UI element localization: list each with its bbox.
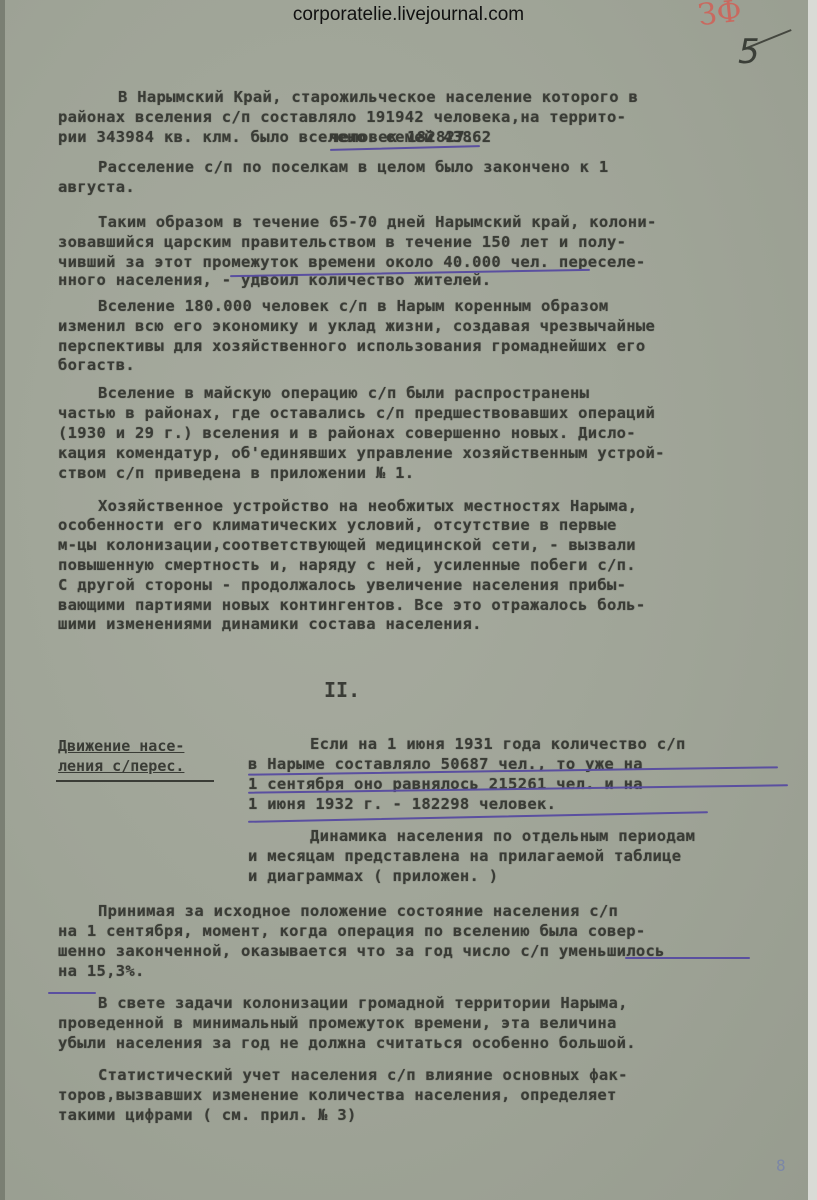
text-line: человек 182827. [330, 128, 474, 146]
text-line: на 15,3%. [58, 962, 145, 980]
text-line: В Нарымский Край, старожильческое населе… [118, 88, 638, 106]
text-line: Динамика населения по отдельным периодам [310, 827, 695, 845]
text-line: торов,вызвавших изменение количества нас… [58, 1086, 617, 1104]
corner-pencil-mark: 8 [776, 1156, 786, 1175]
text-line: районах вселения с/п составляло 191942 ч… [58, 108, 626, 126]
ink-margin-mark [48, 992, 96, 994]
text-line: и месяцам представлена на прилагаемой та… [248, 847, 681, 865]
text-line: шими изменениями динамики состава населе… [58, 615, 482, 633]
text-line: 1 июня 1932 г. - 182298 человек. [248, 795, 556, 813]
ink-underline [625, 957, 750, 959]
text-line: проведенной в минимальный промежуток вре… [58, 1014, 617, 1032]
text-line: кация комендатур, об'единявших управлени… [58, 444, 665, 462]
text-line: зовавшийся царским правительством в тече… [58, 233, 626, 251]
text-line: Расселение с/п по поселкам в целом было … [98, 158, 608, 176]
page-right-edge [808, 0, 817, 1200]
text-line: частью в районах, где оставались с/п пре… [58, 404, 655, 422]
text-line: Принимая за исходное положение состояние… [98, 902, 618, 920]
text-line: богаств. [58, 356, 135, 374]
text-line: Хозяйственное устройство на необжитых ме… [98, 497, 637, 515]
text-line: августа. [58, 178, 135, 196]
text-line: Вселение в майскую операцию с/п были рас… [98, 384, 589, 402]
text-line: и диаграммах ( приложен. ) [248, 867, 498, 885]
text-line: Таким образом в течение 65-70 дней Нарым… [98, 213, 657, 231]
archive-stamp: ЗФ [696, 0, 743, 33]
section-number: II. [324, 678, 360, 702]
text-line: Статистический учет населения с/п влияни… [98, 1066, 628, 1084]
page-left-edge [0, 0, 5, 1200]
margin-heading-rule [56, 780, 214, 782]
text-line: такими цифрами ( см. прил. № 3) [58, 1106, 357, 1124]
text-line: м-цы колонизации,соответствующей медицин… [58, 536, 636, 554]
text-line: Вселение 180.000 человек с/п в Нарым кор… [98, 297, 608, 315]
text-line: (1930 и 29 г.) вселения и в районах сове… [58, 424, 636, 442]
text-line: чивший за этот промежуток времени около … [58, 253, 646, 271]
text-line: вающими партиями новых контингентов. Все… [58, 596, 646, 614]
text-line: особенности его климатических условий, о… [58, 516, 617, 534]
text-line: ством с/п приведена в приложении № 1. [58, 464, 414, 482]
text-line: повышенную смертность и, наряду с ней, у… [58, 556, 636, 574]
page-number: 5 [738, 32, 760, 72]
text-line: В свете задачи колонизации громадной тер… [98, 994, 628, 1012]
watermark: corporatelie.livejournal.com [0, 4, 817, 26]
margin-heading-line-1: Движение насе- [58, 737, 184, 755]
margin-heading-line-2: ления с/перес. [58, 757, 184, 775]
text-line: Если на 1 июня 1931 года количество с/п [310, 735, 686, 753]
text-line: С другой стороны - продолжалось увеличен… [58, 576, 626, 594]
text-line: шенно законченной, оказывается что за го… [58, 942, 665, 960]
text-line: убыли населения за год не должна считать… [58, 1034, 636, 1052]
text-line: на 1 сентября, момент, когда операция по… [58, 922, 646, 940]
text-line: изменил всю его экономику и уклад жизни,… [58, 317, 655, 335]
text-line: перспективы для хозяйственного использов… [58, 337, 646, 355]
